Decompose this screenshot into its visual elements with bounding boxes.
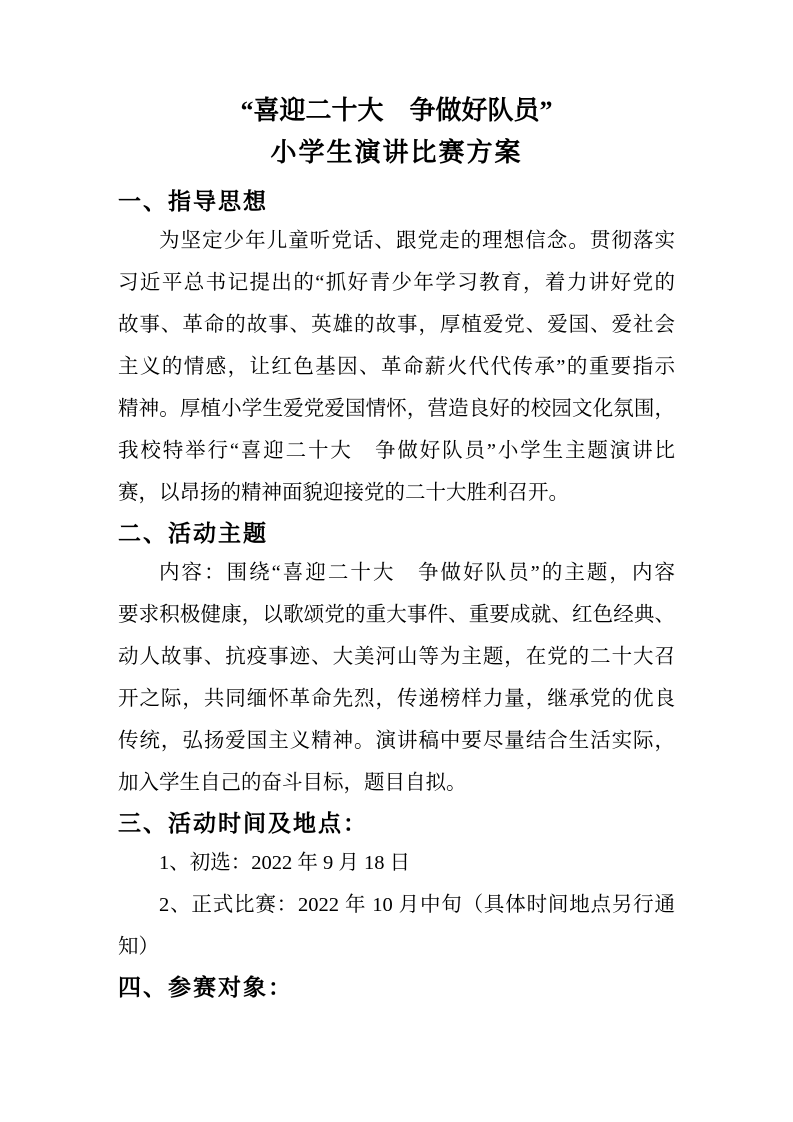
text-line: 1、初选：2022 年 9 月 18 日 <box>118 842 675 884</box>
section-heading-guiding-ideology: 一、指导思想 <box>118 182 675 220</box>
document-page: “喜迎二十大 争做好队员” 小学生演讲比赛方案 一、指导思想 为坚定少年儿童听党… <box>0 0 793 1122</box>
text-line: 传统，弘扬爱国主义精神。演讲稿中要尽量结合生活实际， <box>118 720 675 762</box>
text-line: 开之际，共同缅怀革命先烈，传递榜样力量，继承党的优良 <box>118 678 675 720</box>
text-line: 加入学生自己的奋斗目标，题目自拟。 <box>118 762 675 804</box>
text-line: 知） <box>118 926 675 968</box>
section-heading-time-and-place: 三、活动时间及地点： <box>118 804 675 842</box>
document-title: “喜迎二十大 争做好队员” 小学生演讲比赛方案 <box>118 90 675 174</box>
paragraph-activity-theme: 内容：围绕“喜迎二十大 争做好队员”的主题，内容 要求积极健康，以歌颂党的重大事… <box>118 552 675 804</box>
text-line: 为坚定少年儿童听党话、跟党走的理想信念。贯彻落实 <box>118 220 675 262</box>
text-line: 故事、革命的故事、英雄的故事，厚植爱党、爱国、爱社会 <box>118 304 675 346</box>
text-line: 精神。厚植小学生爱党爱国情怀，营造良好的校园文化氛围， <box>118 388 675 430</box>
paragraph-guiding-ideology: 为坚定少年儿童听党话、跟党走的理想信念。贯彻落实 习近平总书记提出的“抓好青少年… <box>118 220 675 514</box>
title-line-1: “喜迎二十大 争做好队员” <box>118 90 675 132</box>
text-line: 习近平总书记提出的“抓好青少年学习教育，着力讲好党的 <box>118 262 675 304</box>
text-line: 赛，以昂扬的精神面貌迎接党的二十大胜利召开。 <box>118 472 675 514</box>
section-heading-activity-theme: 二、活动主题 <box>118 514 675 552</box>
list-item-preliminary: 1、初选：2022 年 9 月 18 日 <box>118 842 675 884</box>
list-item-final: 2、正式比赛：2022 年 10 月中旬（具体时间地点另行通 知） <box>118 884 675 968</box>
text-line: 要求积极健康，以歌颂党的重大事件、重要成就、红色经典、 <box>118 594 675 636</box>
document-body: “喜迎二十大 争做好队员” 小学生演讲比赛方案 一、指导思想 为坚定少年儿童听党… <box>118 90 675 1006</box>
text-line: 2、正式比赛：2022 年 10 月中旬（具体时间地点另行通 <box>118 884 675 926</box>
text-line: 主义的情感，让红色基因、革命薪火代代传承”的重要指示 <box>118 346 675 388</box>
text-line: 内容：围绕“喜迎二十大 争做好队员”的主题，内容 <box>118 552 675 594</box>
text-line: 我校特举行“喜迎二十大 争做好队员”小学生主题演讲比 <box>118 430 675 472</box>
text-line: 动人故事、抗疫事迹、大美河山等为主题，在党的二十大召 <box>118 636 675 678</box>
section-heading-participants: 四、参赛对象： <box>118 968 675 1006</box>
title-line-2: 小学生演讲比赛方案 <box>118 132 675 174</box>
